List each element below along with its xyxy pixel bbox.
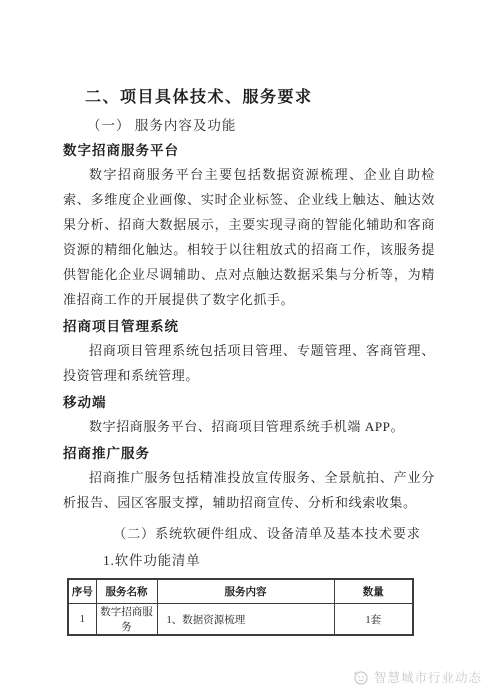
software-function-table: 序号 服务名称 服务内容 数量 1 数字招商服务 1、数据资源梳理 1套 xyxy=(67,578,414,636)
block-heading: 数字招商服务平台 xyxy=(63,141,435,161)
document-content: 二、项目具体技术、服务要求 （一） 服务内容及功能 数字招商服务平台 数字招商服… xyxy=(63,88,435,636)
block-mobile: 移动端 数字招商服务平台、招商项目管理系统手机端 APP。 xyxy=(63,393,435,439)
table-title: 1.软件功能清单 xyxy=(103,551,435,571)
block-heading: 移动端 xyxy=(63,393,435,413)
col-header-index: 序号 xyxy=(68,579,96,604)
col-header-quantity: 数量 xyxy=(334,579,413,604)
block-heading: 招商推广服务 xyxy=(63,444,435,464)
block-paragraph: 数字招商服务平台主要包括数据资源梳理、企业自助检索、多维度企业画像、实时企业标签… xyxy=(63,162,435,312)
col-header-service-content: 服务内容 xyxy=(157,579,334,604)
cell-service-content: 1、数据资源梳理 xyxy=(157,604,334,636)
section-2-heading: （二）系统软硬件组成、设备清单及基本技术要求 xyxy=(113,524,435,544)
document-page: 二、项目具体技术、服务要求 （一） 服务内容及功能 数字招商服务平台 数字招商服… xyxy=(0,0,495,700)
watermark: 智慧城市行业动态 xyxy=(352,668,482,686)
cell-service-name: 数字招商服务 xyxy=(96,604,157,636)
watermark-text: 智慧城市行业动态 xyxy=(374,668,482,686)
cell-quantity: 1套 xyxy=(334,604,413,636)
block-paragraph: 招商项目管理系统包括项目管理、专题管理、客商管理、投资管理和系统管理。 xyxy=(63,338,435,388)
block-paragraph: 数字招商服务平台、招商项目管理系统手机端 APP。 xyxy=(63,414,435,439)
block-digital-platform: 数字招商服务平台 数字招商服务平台主要包括数据资源梳理、企业自助检索、多维度企业… xyxy=(63,141,435,312)
block-heading: 招商项目管理系统 xyxy=(63,317,435,337)
col-header-service-name: 服务名称 xyxy=(96,579,157,604)
section-1-heading: （一） 服务内容及功能 xyxy=(87,116,435,136)
watermark-logo-icon xyxy=(352,670,369,685)
table-row: 1 数字招商服务 1、数据资源梳理 1套 xyxy=(68,604,413,636)
page-title: 二、项目具体技术、服务要求 xyxy=(85,88,435,108)
block-promotion-service: 招商推广服务 招商推广服务包括精准投放宣传服务、全景航拍、产业分析报告、园区客服… xyxy=(63,444,435,515)
table-header-row: 序号 服务名称 服务内容 数量 xyxy=(68,579,413,604)
block-project-management: 招商项目管理系统 招商项目管理系统包括项目管理、专题管理、客商管理、投资管理和系… xyxy=(63,317,435,388)
block-paragraph: 招商推广服务包括精准投放宣传服务、全景航拍、产业分析报告、园区客服支撑，辅助招商… xyxy=(63,465,435,515)
cell-index: 1 xyxy=(68,604,96,636)
